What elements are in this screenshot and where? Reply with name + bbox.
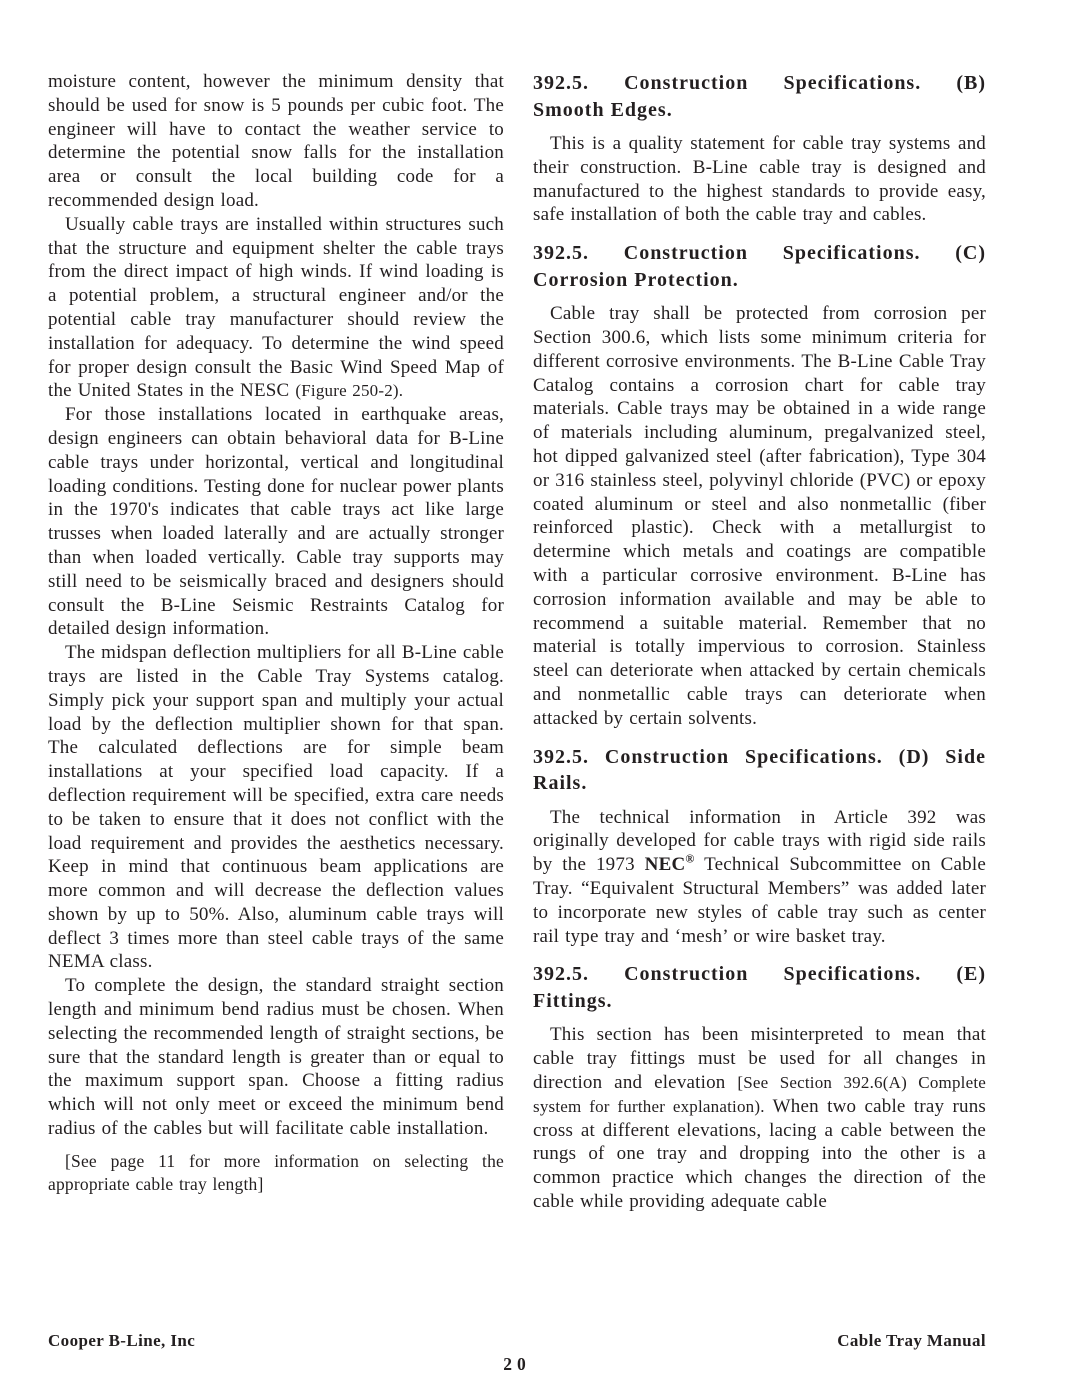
paragraph-fittings: This section has been misinterpreted to … xyxy=(533,1023,986,1213)
section-heading: 392.5. Construction Specifications. (C)C… xyxy=(533,240,986,293)
figure-reference: (Figure 250-2). xyxy=(295,381,403,400)
footer-row: Cooper B-Line, Inc Cable Tray Manual xyxy=(48,1331,986,1351)
section-corrosion-protection: 392.5. Construction Specifications. (C)C… xyxy=(533,240,986,730)
section-heading: 392.5. Construction Specifications. (E)F… xyxy=(533,961,986,1014)
section-smooth-edges: 392.5. Construction Specifications. (B)S… xyxy=(533,70,986,227)
section-heading: 392.5. Construction Specifications. (D) … xyxy=(533,744,986,797)
left-column: moisture content, however the minimum de… xyxy=(48,70,504,1214)
page-number: 20 xyxy=(48,1354,986,1375)
paragraph-wind-loading-text: Usually cable trays are installed within… xyxy=(48,214,504,402)
paragraph-deflection: The midspan deflection multipliers for a… xyxy=(48,641,504,974)
right-column: 392.5. Construction Specifications. (B)S… xyxy=(533,70,986,1214)
page-footer: Cooper B-Line, Inc Cable Tray Manual 20 xyxy=(48,1331,986,1375)
section-fittings: 392.5. Construction Specifications. (E)F… xyxy=(533,961,986,1213)
paragraph-wind-loading: Usually cable trays are installed within… xyxy=(48,213,504,403)
section-side-rails: 392.5. Construction Specifications. (D) … xyxy=(533,744,986,949)
see-page-note: [See page 11 for more information on sel… xyxy=(48,1150,504,1196)
heading-line-2: Rails. xyxy=(533,770,986,797)
manual-page: moisture content, however the minimum de… xyxy=(0,0,1080,1397)
section-heading: 392.5. Construction Specifications. (B)S… xyxy=(533,70,986,123)
paragraph-smooth-edges: This is a quality statement for cable tr… xyxy=(533,132,986,227)
paragraph-side-rails: The technical information in Article 392… xyxy=(533,806,986,949)
paragraph-earthquake: For those installations located in earth… xyxy=(48,403,504,641)
paragraph-corrosion: Cable tray shall be protected from corro… xyxy=(533,302,986,730)
footer-manual-title: Cable Tray Manual xyxy=(837,1331,986,1351)
nec-trademark: NEC xyxy=(645,854,686,875)
footer-company: Cooper B-Line, Inc xyxy=(48,1331,195,1351)
heading-line-1: 392.5. Construction Specifications. (B) xyxy=(533,70,986,97)
heading-line-1: 392.5. Construction Specifications. (C) xyxy=(533,240,986,267)
heading-line-1: 392.5. Construction Specifications. (E) xyxy=(533,961,986,988)
registered-symbol: ® xyxy=(685,852,694,866)
two-column-layout: moisture content, however the minimum de… xyxy=(0,0,1080,1214)
paragraph-design-completion: To complete the design, the standard str… xyxy=(48,974,504,1141)
heading-line-1: 392.5. Construction Specifications. (D) … xyxy=(533,744,986,771)
heading-line-2: Smooth Edges. xyxy=(533,97,986,124)
heading-line-2: Fittings. xyxy=(533,988,986,1015)
paragraph-snow-load: moisture content, however the minimum de… xyxy=(48,70,504,213)
heading-line-2: Corrosion Protection. xyxy=(533,267,986,294)
